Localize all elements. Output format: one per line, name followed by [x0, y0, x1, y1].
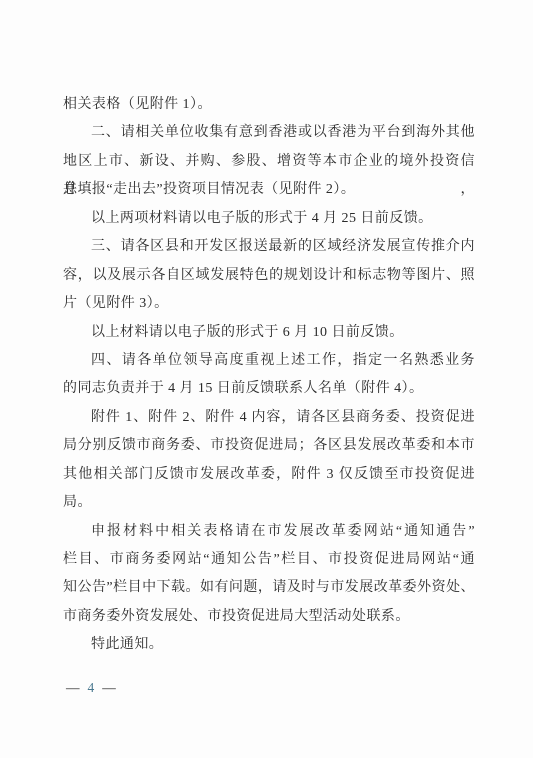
- text-line: 局分别反馈市商务委、市投资促进局；各区县发展改革委和本市: [63, 432, 475, 460]
- page-number-left-dash: —: [66, 680, 81, 695]
- text-line: 申报材料中相关表格请在市发展改革委网站“通知通告”: [63, 518, 475, 546]
- text-line: 以上两项材料请以电子版的形式于 4 月 25 日前反馈。: [63, 205, 475, 233]
- text-line: 特此通知。: [63, 631, 475, 659]
- page-number: —4—: [66, 680, 117, 696]
- text-line: 局。: [63, 489, 475, 517]
- text-line: 相关表格（见附件 1）。: [63, 91, 475, 119]
- scanned-notice-page: { "page": { "body_lines": [ { "text": "相…: [0, 0, 533, 758]
- text-line: 三、请各区县和开发区报送最新的区域经济发展宣传推介内: [63, 233, 475, 261]
- text-line: 的同志负责并于 4 月 15 日前反馈联系人名单（附件 4）。: [63, 375, 475, 403]
- text-line: 容，以及展示各自区域发展特色的规划设计和标志物等图片、照: [63, 262, 475, 290]
- page-background: 相关表格（见附件 1）。二、请相关单位收集有意到香港或以香港为平台到海外其他地区…: [0, 0, 533, 758]
- text-line: 片（见附件 3）。: [63, 290, 475, 318]
- page-number-right-dash: —: [102, 680, 117, 695]
- text-line: 四、请各单位领导高度重视上述工作，指定一名熟悉业务: [63, 347, 475, 375]
- text-line: 地区上市、新设、并购、参股、增资等本市企业的境外投资信息，: [63, 148, 475, 176]
- text-line: 知公告”栏目中下载。如有问题，请及时与市发展改革委外资处、: [63, 574, 475, 602]
- text-line: 市商务委外资发展处、市投资促进局大型活动处联系。: [63, 603, 475, 631]
- text-line: 附件 1、附件 2、附件 4 内容，请各区县商务委、投资促进: [63, 404, 475, 432]
- document-body: 相关表格（见附件 1）。二、请相关单位收集有意到香港或以香港为平台到海外其他地区…: [63, 91, 475, 660]
- text-line: 二、请相关单位收集有意到香港或以香港为平台到海外其他: [63, 119, 475, 147]
- text-line: 栏目、市商务委网站“通知公告”栏目、市投资促进局网站“通: [63, 546, 475, 574]
- page-number-value: 4: [81, 680, 103, 695]
- text-line: 其他相关部门反馈市发展改革委，附件 3 仅反馈至市投资促进: [63, 461, 475, 489]
- text-line: 以上材料请以电子版的形式于 6 月 10 日前反馈。: [63, 319, 475, 347]
